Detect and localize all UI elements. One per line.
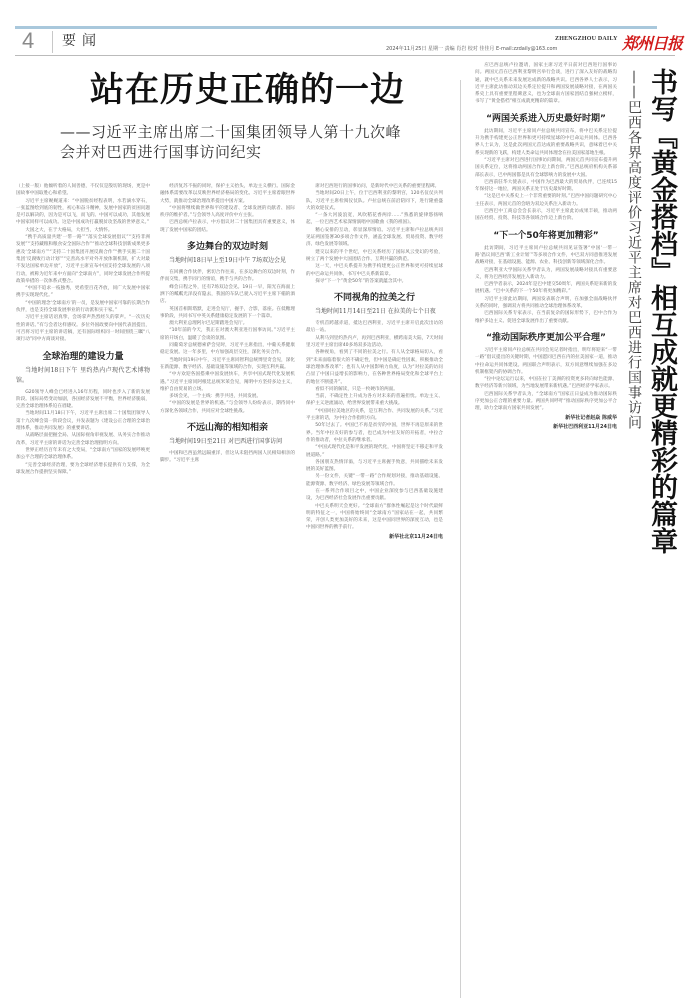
body-paragraph: “习近平主席对巴西进行国事访问期间，两国元首共同宣布提升两国关系定位，这将推动两… [475,157,617,179]
body-paragraph: 从战略层面把握全局、从国际视角审视发展、从务实合作推动改革，习近平主席的讲话为完… [16,432,150,447]
section-dateline: 当地时间19日至21日 对巴西进行国事访问 [160,437,295,447]
masthead-english: ZHENGZHOU DAILY [555,36,618,42]
body-paragraph: 在回溯合作伙伴，密切合作往来，在多边舞台的双边时刻，作伴而交集，携手同行的情谊，… [160,269,295,284]
body-paragraph: 巴西国际关系专家表示，在当前复杂的国际形势下，巴中合作为维护多边主义、促进全球发… [475,310,617,325]
body-paragraph: “中国式现代化是和平发展的现代化，中国将坚定不移走和平发展道路。” [306,444,443,459]
body-paragraph: 另一份文件，关键“一带一路”合作规划对接，推动基础设施、能源资源、数字经济、绿色… [306,473,443,488]
main-headline: 站在历史正确的一边 [90,70,405,110]
lead-paragraph: （上接一版）他倾听着的人间善德，不仅仅是殷切的现场，更是中国故事中国取胜心和希望… [16,183,150,198]
section-heading: “下一个50年将更加精彩” [475,229,617,243]
header-bottom-rule [15,55,675,56]
section-dateline: 当地时间18日下午 里约热内卢现代艺术博物馆。 [16,366,150,386]
body-paragraph: 英国首相斯塔默，走进会见厅，握手，合影，落座。在低糖理事阶段，共同书写中英关系健… [160,306,295,321]
body-paragraph: “这是巴中关系史上一个非常重要的时刻。”巴西中国问题研究中心主任表示，两国元首的… [475,193,617,208]
body-paragraph: 精心安排的互动，彰显深厚情谊。习近平主席和卢拉总统共同见证两国签署30多项合作文… [306,227,443,249]
body-paragraph: 专机首跨越赤道，抵达巴西利亚，习近平主席开启此次出访的最后一站。 [306,320,443,335]
body-paragraph: 习近平主席话语真挚，会场掌声热烈经久的掌声。“一次历史性的讲话。”有与会者这样感… [16,314,150,343]
body-paragraph: 此访期间，习近平主席同卢拉总统共同宣布，将中巴关系定位提升为携手构建更公正世界和… [475,128,617,157]
body-paragraph: 探寻“下一个”黄金50年”的答案就蕴含其中。 [306,278,443,285]
body-paragraph: 50年过去了。中国已不再是贫穷的中国，世界不再是原来的世界。当年中拉友好的参与者… [306,422,443,444]
intro-paragraph: 应巴西总统卢拉邀请，国家主席习近平日前对巴西进行国事访问。两国元首在巴西利亚黎明… [475,62,617,106]
body-paragraph: 大国之大，在于大格局，大担当，大情怀。 [16,227,150,234]
body-paragraph: “中国的理念‘全球南方’的一员，是发展中国家可靠的长期合作伙伴，也是支持全球发展… [16,300,150,315]
body-paragraph: 澳大利亚总理阿尔巴尼斯踏进会见厅。 [160,320,295,327]
newspaper-logo: 郑州日报 [622,31,682,54]
body-paragraph: 同葡萄牙总统德索萨会见时，习近平主席指出，中葡关系健康稳定发展。这一年多里，中方… [160,342,295,357]
body-paragraph: 经济复苏不振的同时，保护主义抬头，单边主义横行。国际金融体系需要改革以反映世界经… [160,183,295,205]
main-article-column-1: （上接一版）他倾听着的人间善德，不仅仅是殷切的现场，更是中国故事中国取胜心和希望… [16,183,150,993]
body-paragraph: 在一系列合作项目之中，中国企业深度参与巴西基础设施建设，为巴西经济社会发展作出重… [306,488,443,503]
body-paragraph: 习近平主席娓娓道来：“中国脱贫经程表明，水若滴水穿石，一张蓝图绘到底的韧性，初心… [16,198,150,227]
body-paragraph: “完善全球经济治理，要为全球经济增长提供有力支撑，为全球发展合作提供坚实保障。” [16,462,150,477]
section-dateline: 当地时间11月14日至21日 在拉美的七个日夜 [306,307,443,317]
body-paragraph: 从利马到里约热内卢，再到巴西利亚，横跨南美大陆，7天时间里习近平主席出席40多场… [306,335,443,350]
body-paragraph: 当地时间20日上午，位于巴西利亚的黎明宫，120名仪仗兵列队，习近平主席检阅仪仗… [306,190,443,212]
side-headline: 书写『黄金搭档』相互成就更精彩的篇章 [644,68,678,554]
body-paragraph: 巴西学者表示，2024年是巴中建交50周年，两国关系迎来新的发展机遇。“巴中关系… [475,281,617,296]
side-article-body: 应巴西总统卢拉邀请，国家主席习近平日前对巴西进行国事访问。两国元首在巴西利亚黎明… [475,62,617,997]
body-paragraph: “拉中论坛运行以来，中国在拉丁美洲的投资更多转向绿色能源、数字经济等新兴领域，为… [475,376,617,391]
body-paragraph: “中国同拉美地区的关系，是互利合作、共同发展的关系。”习近平主席的话，为中拉合作… [306,408,443,423]
body-paragraph: 巴西国际关系学者认为，“全球南方”国家正日益成为推动国际秩序更加公正合理的重要力… [475,391,617,413]
author-byline: 新华社记者赵焱 陈威华 [475,415,617,422]
side-subhead: ——巴西各界高度评价习近平主席对巴西进行国事访问 [625,70,643,430]
article-byline: 新华社北京11月24日电 [306,534,443,541]
section-heading: 全球治理的建设力量 [16,350,150,364]
body-paragraph: 各种视角，看到了不同的拉美之行。有人从全球格局切入，看到“未来面临着很大的不确定… [306,349,443,385]
body-paragraph: 当地时间19日中午，习近平主席同智利总统博里奇会见，深化在新能源、数字经济、基础… [160,357,295,372]
section-heading: “两国关系进入历史最好时期” [475,112,617,126]
page-number: 4 [22,28,34,54]
body-paragraph: 巴西前驻华大使表示，中国作为巴西最大的贸易伙伴，已连续15年保持这一地位，两国关… [475,179,617,194]
body-paragraph: 看似不同的解读，只是一枚硬币的两面。 [306,386,443,393]
header-top-rule [15,26,657,29]
body-paragraph: 多场会见，一个主线：携手共进，共同发展。 [160,393,295,400]
body-paragraph: 这一天，中巴关系提升为携手构建更公正世界和更可持续星球的中巴命运共同体，书写中巴… [306,263,443,278]
body-paragraph: 巴西巴中工商总会会长表示，习近平主席此访成果丰硕，推动两国在经贸、投资、科技等各… [475,208,617,223]
article-byline: 新华社巴西利亚11月24日电 [475,424,617,431]
body-paragraph: 建交以来的半个世纪，中巴关系经历了国际风云变幻的考验，树立了两个发展中大国团结合… [306,249,443,264]
main-article-column-3: 席对巴西进行的国事访问，是新时代中巴关系的重要里程碑。 当地时间20日上午，位于… [306,183,443,993]
section-dateline: 当地时间18日早上至19日中午 7场双边会见 [160,256,295,266]
main-subhead: ——习近平主席出席二十国集团领导人第十九次峰会并对巴西进行国事访问纪实 [60,122,410,162]
body-paragraph: G20领导人峰会已经进入16年历程，同时也步入了新的发展阶段。国际局势变动加剧，… [16,389,150,411]
section-heading: 多边舞台的双边时刻 [160,240,295,254]
body-paragraph: “中方欢迎各国搭乘中国发展快车，共享中国式现代化发展机遇。”习近平主席同阿根廷总… [160,371,295,393]
body-paragraph: 巴西利亚大学国际关系学者认为，两国发展战略对接具有重要意义，将为巴西经济发展注入… [475,267,617,282]
masthead-meta: 2024年11月25日 星期一 责编 肖岩 校对 佳佳月 E-mail:zzda… [386,45,557,52]
body-paragraph: “中国不追求一枝独秀，更希望百花齐放，同广大发展中国家携手实现现代化。” [16,285,150,300]
main-article-column-2: 经济复苏不振的同时，保护主义抬头，单边主义横行。国际金融体系需要改革以反映世界经… [160,183,295,993]
body-paragraph: 巴西总统卢拉表示，中方倡议对二十国集团具有重要意义，体现了发展中国家的团结。 [160,219,295,234]
body-paragraph: 席对巴西进行的国事访问，是新时代中巴关系的重要里程碑。 [306,183,443,190]
section-heading: 不远山海的相知相亲 [160,421,295,435]
body-paragraph: 中国和巴西虽然远隔重洋，但这从未阻挡两国人民相知相亲的脚步。“习近平主席 [160,450,295,465]
body-paragraph: “10年前的今天，我正在对澳大利亚进行国事访问。”习近平主席的开场白，温暖了会谈… [160,327,295,342]
body-paragraph: 当前，不确定性上升成为各方对未来的普遍担忧。单边主义、保护主义逆流涌动，给世界发… [306,393,443,408]
section-heading: “推动国际秩序更加公平合理” [475,331,617,345]
body-paragraph: 世界正经历百年未有之大变局，“全球南方”国家的发展呼唤更加公平合理的全球治理体系… [16,447,150,462]
body-paragraph: 此访期间，习近平主席同卢拉总统共同见证签署“中国‘一带一路’倡议同巴西‘新工业计… [475,245,617,267]
body-paragraph: 当地时间11月18日下午，习近平主席出席二十国集团领导人第十九次峰会第一阶段会议… [16,410,150,432]
body-paragraph: “一条大河波浪宽，风吹稻花香两岸……”熟悉的旋律悠扬响起，一位巴西艺术家深情演唱… [306,212,443,227]
header-separator [52,31,53,53]
body-paragraph: “中国将继续做世界和平的建设者、全球发展的贡献者、国际秩序的维护者。”与会领导人… [160,205,295,220]
body-paragraph: “携手高质量共建‘一带一路’”“落实全球发展倡议”“支持非洲发展”“支持藏粮和粮… [16,234,150,285]
body-paragraph: 习近平主席同卢拉总统在共同会见记者时指出，明年将迎来“一带一路”倡议提出的关键时… [475,347,617,376]
column-divider [460,80,461,998]
body-paragraph: “中国的发展是世界的机遇。”与会领导人纷纷表示，期待同中方深化各领域合作，共同应… [160,400,295,415]
section-heading: 不同视角的拉美之行 [306,291,443,305]
body-paragraph: 峰会日程之外，还有7场双边会见。19日一早，阳光在海面上洒下的粼粼光泽没有隐去，… [160,284,295,306]
body-paragraph: 习近平主席此访期间，两国发表联合声明，在加强全面战略伙伴关系的同时，强调双方将共… [475,296,617,311]
body-paragraph: 中巴关系明天会更好。“全球南方”群体性崛起是这个时代最鲜明的特征之一，中国将始终… [306,503,443,532]
body-paragraph: 各国朋友热情洋溢，与习近平主席握手致意，共同描绘未来发展的美好蓝图。 [306,459,443,474]
section-name: 要闻 [62,31,102,51]
